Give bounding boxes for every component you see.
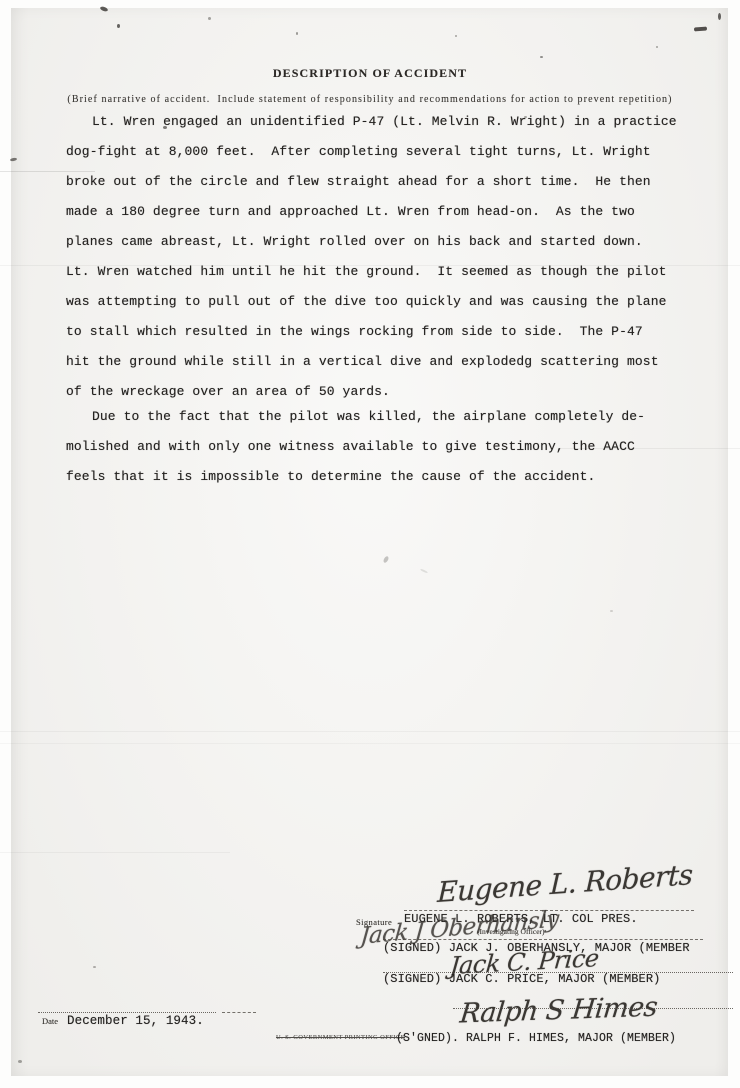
scan-speck	[610, 610, 613, 612]
scan-line	[560, 448, 740, 449]
scan-speck	[455, 35, 457, 37]
date-label: Date	[42, 1016, 58, 1026]
body-line: to stall which resulted in the wings roc…	[66, 324, 643, 340]
signature-underline	[453, 1008, 733, 1009]
body-line: Due to the fact that the pilot was kille…	[92, 409, 645, 425]
body-line: planes came abreast, Lt. Wright rolled o…	[66, 234, 643, 250]
body-line: made a 180 degree turn and approached Lt…	[66, 204, 635, 220]
body-line: dog-fight at 8,000 feet. After completin…	[66, 144, 651, 160]
body-line: was attempting to pull out of the dive t…	[66, 294, 667, 310]
body-line: Lt. Wren engaged an unidentified P-47 (L…	[92, 114, 677, 130]
scan-speck	[656, 46, 658, 48]
signature-underline	[383, 972, 733, 973]
form-instructions: (Brief narrative of accident. Include st…	[0, 94, 740, 105]
body-line: feels that it is impossible to determine…	[66, 469, 595, 485]
himes-typed-name: (S'GNED). RALPH F. HIMES, MAJOR (MEMBER)	[396, 1031, 676, 1047]
scan-speck	[163, 126, 167, 129]
scan-speck	[18, 1060, 22, 1063]
scanned-document-page: DESCRIPTION OF ACCIDENT (Brief narrative…	[0, 0, 740, 1088]
gpo-imprint: U. S. GOVERNMENT PRINTING OFFICE	[276, 1034, 405, 1041]
scan-line	[0, 731, 740, 732]
scan-line	[0, 265, 740, 266]
scan-line	[0, 852, 230, 853]
scan-speck	[540, 56, 543, 58]
body-line: hit the ground while still in a vertical…	[66, 354, 659, 370]
scan-line	[0, 171, 95, 172]
scan-speck	[117, 24, 120, 28]
date-value: December 15, 1943.	[67, 1013, 204, 1029]
scan-speck	[524, 116, 527, 118]
date-underline	[38, 1012, 216, 1013]
signature-underline	[383, 939, 703, 940]
scan-line	[0, 743, 740, 744]
price-typed-name: (SIGNED) JACK C. PRICE, MAJOR (MEMBER)	[383, 971, 660, 987]
scan-speck	[296, 32, 298, 35]
scan-speck	[208, 17, 211, 20]
scan-speck	[93, 966, 96, 968]
page-title: DESCRIPTION OF ACCIDENT	[0, 66, 740, 81]
body-line: molished and with only one witness avail…	[66, 439, 635, 455]
body-line: broke out of the circle and flew straigh…	[66, 174, 651, 190]
body-line: of the wreckage over an area of 50 yards…	[66, 384, 390, 400]
scan-speck	[718, 13, 721, 20]
date-underline	[222, 1012, 256, 1013]
body-line: Lt. Wren watched him until he hit the gr…	[66, 264, 667, 280]
